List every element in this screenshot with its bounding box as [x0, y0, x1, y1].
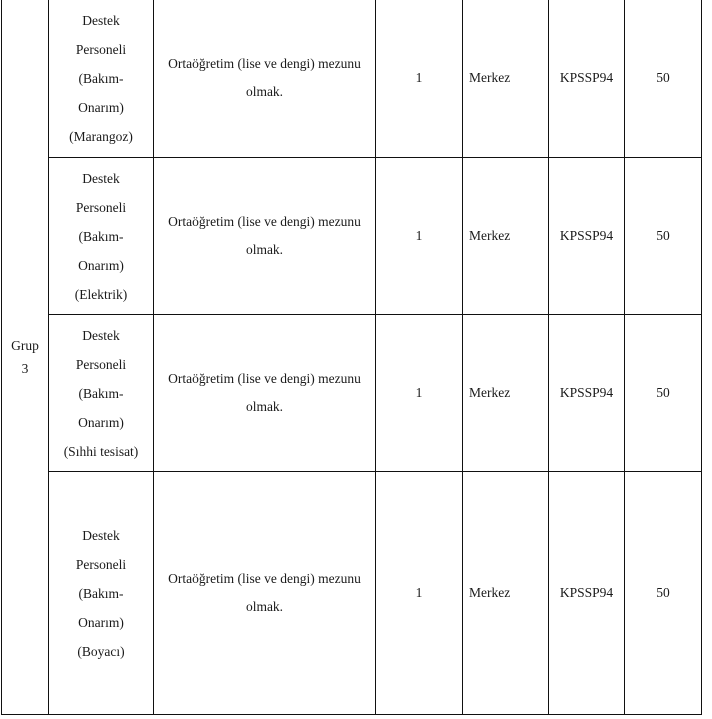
score-type-cell: KPSSP94 [549, 0, 625, 158]
location-cell: Merkez [463, 315, 549, 472]
location-cell: Merkez [463, 0, 549, 158]
position-line: Personeli [49, 193, 153, 222]
location-cell: Merkez [463, 472, 549, 715]
table-row: Grup 3DestekPersoneli(Bakım-Onarım)(Mara… [2, 0, 702, 158]
score-type-cell: KPSSP94 [549, 472, 625, 715]
position-line: Onarım) [49, 608, 153, 637]
score-type-cell: KPSSP94 [549, 315, 625, 472]
position-line: (Marangoz) [49, 122, 153, 151]
requirement-line: Ortaöğretim (lise ve dengi) mezunu [154, 565, 375, 593]
position-line: Onarım) [49, 408, 153, 437]
count-cell: 1 [376, 158, 463, 315]
requirement-line: olmak. [154, 593, 375, 621]
position-line: Onarım) [49, 93, 153, 122]
position-line: Destek [49, 164, 153, 193]
position-line: Personeli [49, 350, 153, 379]
group-label: Grup [2, 334, 48, 357]
requirement-cell: Ortaöğretim (lise ve dengi) mezunuolmak. [154, 158, 376, 315]
count-cell: 1 [376, 472, 463, 715]
requirement-line: olmak. [154, 78, 375, 106]
position-cell: DestekPersoneli(Bakım-Onarım)(Sıhhi tesi… [49, 315, 154, 472]
requirement-line: Ortaöğretim (lise ve dengi) mezunu [154, 208, 375, 236]
requirement-line: olmak. [154, 236, 375, 264]
position-line: Personeli [49, 35, 153, 64]
score-type-cell: KPSSP94 [549, 158, 625, 315]
position-line: Destek [49, 321, 153, 350]
min-score-cell: 50 [625, 0, 702, 158]
table-row: DestekPersoneli(Bakım-Onarım)(Boyacı)Ort… [2, 472, 702, 715]
position-cell: DestekPersoneli(Bakım-Onarım)(Elektrik) [49, 158, 154, 315]
position-line: (Elektrik) [49, 280, 153, 309]
table-row: DestekPersoneli(Bakım-Onarım)(Elektrik)O… [2, 158, 702, 315]
group-number: 3 [2, 357, 48, 380]
position-cell: DestekPersoneli(Bakım-Onarım)(Boyacı) [49, 472, 154, 715]
position-line: (Bakım- [49, 64, 153, 93]
position-cell: DestekPersoneli(Bakım-Onarım)(Marangoz) [49, 0, 154, 158]
requirement-line: Ortaöğretim (lise ve dengi) mezunu [154, 50, 375, 78]
position-line: (Bakım- [49, 379, 153, 408]
count-cell: 1 [376, 0, 463, 158]
position-line: Onarım) [49, 251, 153, 280]
min-score-cell: 50 [625, 315, 702, 472]
position-line: (Boyacı) [49, 637, 153, 666]
position-line: (Sıhhi tesisat) [49, 437, 153, 466]
table-row: DestekPersoneli(Bakım-Onarım)(Sıhhi tesi… [2, 315, 702, 472]
requirement-line: Ortaöğretim (lise ve dengi) mezunu [154, 365, 375, 393]
count-cell: 1 [376, 315, 463, 472]
position-line: Destek [49, 6, 153, 35]
requirement-line: olmak. [154, 393, 375, 421]
location-cell: Merkez [463, 158, 549, 315]
requirement-cell: Ortaöğretim (lise ve dengi) mezunuolmak. [154, 0, 376, 158]
position-line: (Bakım- [49, 222, 153, 251]
group-cell: Grup 3 [2, 0, 49, 715]
min-score-cell: 50 [625, 158, 702, 315]
position-line: Destek [49, 521, 153, 550]
staff-requirements-table: Grup 3DestekPersoneli(Bakım-Onarım)(Mara… [1, 0, 702, 715]
min-score-cell: 50 [625, 472, 702, 715]
requirement-cell: Ortaöğretim (lise ve dengi) mezunuolmak. [154, 472, 376, 715]
position-line: (Bakım- [49, 579, 153, 608]
requirement-cell: Ortaöğretim (lise ve dengi) mezunuolmak. [154, 315, 376, 472]
position-line: Personeli [49, 550, 153, 579]
